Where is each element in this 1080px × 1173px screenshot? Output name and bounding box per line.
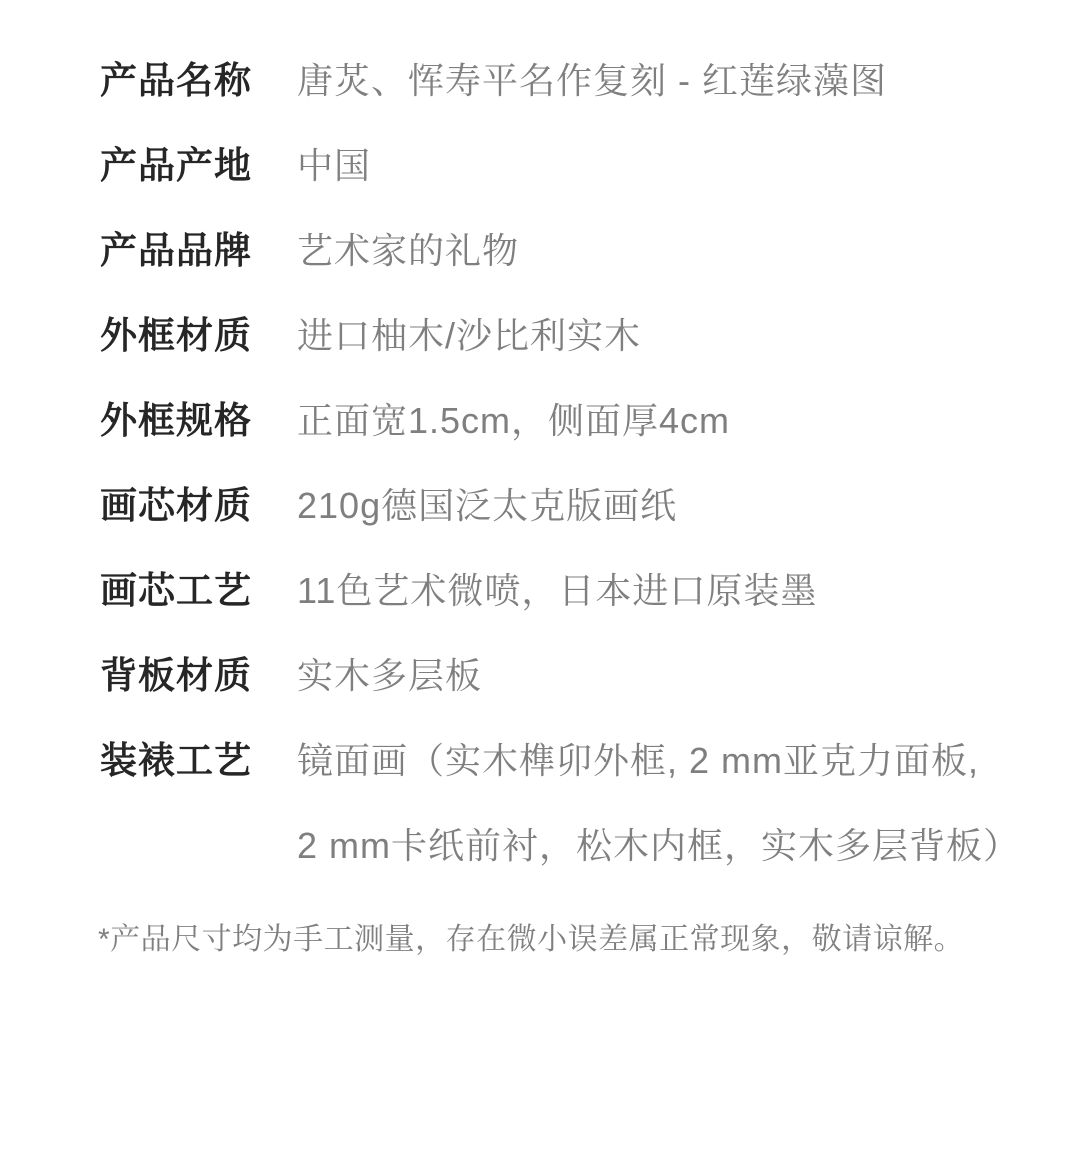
spec-label: 画芯材质 [100,463,258,548]
spec-label: 装裱工艺 [100,718,258,803]
spec-label: 外框材质 [100,293,258,378]
spec-value: 唐炗、恽寿平名作复刻 - 红莲绿藻图 [297,38,1007,123]
spec-value: 实木多层板 [297,633,1007,718]
spec-row-backboard-material: 背板材质 实木多层板 [100,633,1007,718]
spec-row-brand: 产品品牌 艺术家的礼物 [100,208,1007,293]
spec-value: 艺术家的礼物 [297,208,1007,293]
spec-row-product-name: 产品名称 唐炗、恽寿平名作复刻 - 红莲绿藻图 [100,38,1007,123]
spec-value: 210g德国泛太克版画纸 [297,463,1007,548]
product-spec-table: 产品名称 唐炗、恽寿平名作复刻 - 红莲绿藻图 产品产地 中国 产品品牌 艺术家… [0,0,1080,888]
spec-value: 中国 [297,123,1007,208]
spec-row-frame-size: 外框规格 正面宽1.5cm，侧面厚4cm [100,378,1007,463]
spec-row-origin: 产品产地 中国 [100,123,1007,208]
spec-label: 画芯工艺 [100,548,258,633]
spec-label: 产品产地 [100,123,258,208]
spec-value: 镜面画（实木榫卯外框, 2 mm亚克力面板, 2 mm卡纸前衬，松木内框，实木多… [297,718,1007,888]
measurement-disclaimer: *产品尺寸均为手工测量，存在微小误差属正常现象，敬请谅解。 [0,918,1080,962]
spec-row-print-craft: 画芯工艺 11色艺术微喷，日本进口原装墨 [100,548,1007,633]
spec-value: 11色艺术微喷，日本进口原装墨 [297,548,1007,633]
spec-value: 正面宽1.5cm，侧面厚4cm [297,378,1007,463]
spec-row-frame-material: 外框材质 进口柚木/沙比利实木 [100,293,1007,378]
spec-row-print-material: 画芯材质 210g德国泛太克版画纸 [100,463,1007,548]
spec-label: 背板材质 [100,633,258,718]
spec-label: 产品名称 [100,38,258,123]
spec-label: 外框规格 [100,378,258,463]
product-spec-page: 产品名称 唐炗、恽寿平名作复刻 - 红莲绿藻图 产品产地 中国 产品品牌 艺术家… [0,0,1080,1173]
spec-row-mounting-craft: 装裱工艺 镜面画（实木榫卯外框, 2 mm亚克力面板, 2 mm卡纸前衬，松木内… [100,718,1007,888]
spec-value: 进口柚木/沙比利实木 [297,293,1007,378]
spec-label: 产品品牌 [100,208,258,293]
